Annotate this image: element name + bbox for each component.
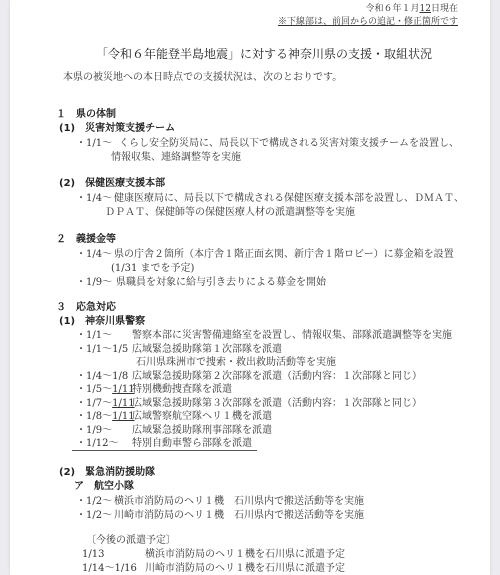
section-heading: ２ 義援金等 xyxy=(56,234,116,246)
item-date: ・1/9～ xyxy=(76,277,112,289)
subsection-heading: (2) 緊急消防援助隊 xyxy=(59,467,155,479)
as-of-date: 令和６年１月12日現在 xyxy=(366,3,458,15)
item-text: 広域警察航空隊ヘリ１機を派遣 xyxy=(132,411,272,423)
item-date: ・1/4～1/8 xyxy=(76,371,128,383)
item-text: 広域緊急援助隊第１次部隊を派遣 xyxy=(132,344,282,356)
item-text: 県職員を対象に給与引き去りによる募金を開始 xyxy=(116,277,326,289)
item-date: ・1/2～ xyxy=(76,510,112,522)
item-text: 県の庁舎２箇所（本庁舎１階正面玄関、新庁舎１階ロビー）に募金箱を設置 xyxy=(114,249,454,261)
item-text: 広域緊急援助隊刑事部隊を派遣 xyxy=(132,425,272,437)
revision-note: ※下線部は、前回からの追記・修正箇所です xyxy=(278,16,458,28)
item-text: 特別機動捜査隊を派遣 xyxy=(132,384,232,396)
planned-date: 1/13 xyxy=(82,549,104,561)
subsection-heading: (1) 神奈川県警察 xyxy=(59,316,145,328)
date-start: ・1/7～ xyxy=(76,398,112,409)
sub-subsection-heading: ア 航空小隊 xyxy=(74,481,134,493)
item-date: ・1/1～ xyxy=(76,138,112,150)
page-title: 「令和６年能登半島地震」に対する神奈川県の支援・取組状況 xyxy=(96,48,432,60)
intro-text: 本県の被災地への本日時点での支援状況は、次のとおりです。 xyxy=(63,72,342,84)
item-text: 川崎市消防局のヘリ１機 石川県内で搬送活動等を実施 xyxy=(114,510,364,522)
item-date: ・1/1～ xyxy=(76,330,112,342)
item-text: 広域緊急援助隊第２次部隊を派遣（活動内容：１次部隊と同じ） xyxy=(132,371,422,383)
item-text: 横浜市消防局のヘリ１機 石川県内で搬送活動等を実施 xyxy=(114,496,364,508)
item-date: ・1/8～1/11 xyxy=(76,411,135,423)
item-text-cont: (1/31 までを予定) xyxy=(111,263,194,275)
section-heading: ３ 応急対応 xyxy=(56,302,116,314)
planned-text: 川崎市消防局のヘリ１機を石川県に派遣予定 xyxy=(145,563,345,575)
item-text-cont: 石川県珠洲市で捜索・救出救助活動等を実施 xyxy=(136,357,336,369)
item-text: 広域緊急援助隊第３次部隊を派遣（活動内容：１次部隊と同じ） xyxy=(132,398,422,410)
item-date: ・1/7～1/11 xyxy=(76,398,135,410)
planned-date: 1/14～1/16 xyxy=(82,563,137,575)
item-date: ・1/12～ xyxy=(76,438,118,450)
item-date: ・1/9～ xyxy=(76,425,112,437)
planned-heading: 〔今後の派遣予定〕 xyxy=(86,535,176,547)
section-heading: １ 県の体制 xyxy=(56,109,116,121)
document-page: 令和６年１月12日現在 ※下線部は、前回からの追記・修正箇所です 「令和６年能登… xyxy=(10,0,490,575)
subsection-heading: (1) 災害対策支援チーム xyxy=(59,123,175,135)
subsection-heading: (2) 保健医療支援本部 xyxy=(59,178,165,190)
item-date: ・1/4～ xyxy=(76,249,112,261)
item-text: 警察本部に災害警備連絡室を設置し、情報収集、部隊派遣調整等を実施 xyxy=(132,330,452,342)
item-text-cont: 情報収集、連絡調整等を実施 xyxy=(111,152,241,164)
date-day: 12 xyxy=(420,4,431,14)
item-text-cont: ＤＰＡＴ、保健師等の保健医療人材の派遣調整等を実施 xyxy=(105,207,355,219)
date-start: ・1/5～ xyxy=(76,384,112,395)
date-start: ・1/8～ xyxy=(76,411,112,422)
date-prefix: 令和６年１月 xyxy=(366,4,420,14)
planned-text: 横浜市消防局のヘリ１機を石川県に派遣予定 xyxy=(145,549,345,561)
item-date: ・1/1～1/5 xyxy=(76,344,128,356)
item-date: ・1/5～1/11 xyxy=(76,384,135,396)
item-text: 健康医療局に、局長以下で構成される保健医療支援本部を設置し、ＤＭＡＴ、 xyxy=(114,193,464,205)
date-suffix: 日現在 xyxy=(431,4,458,14)
item-date: ・1/4～ xyxy=(76,193,112,205)
item-text: くらし安全防災局に、局長以下で構成される災害対策支援チームを設置し、 xyxy=(119,138,459,150)
item-text: 特別自動車警ら部隊を派遣 xyxy=(132,438,252,450)
item-date: ・1/2～ xyxy=(76,496,112,508)
